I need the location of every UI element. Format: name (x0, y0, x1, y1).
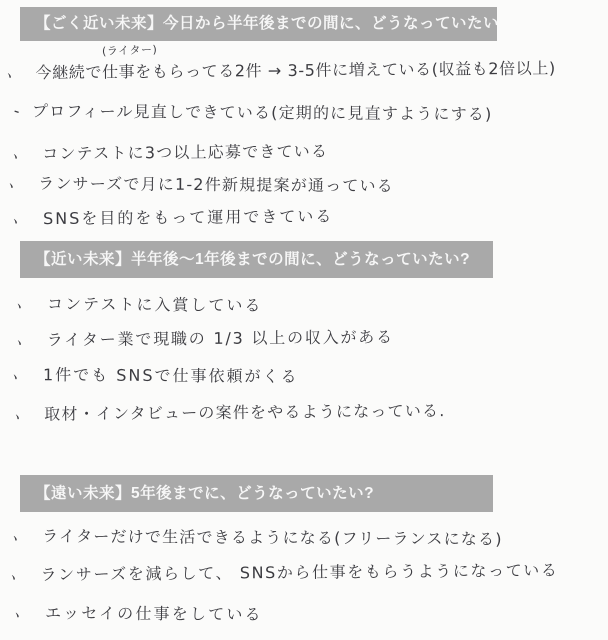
handwritten-annotation-writer: (ライター) (102, 41, 158, 59)
handwritten-text: 取材・インタビューの案件をやるようになっている. (44, 401, 445, 424)
bullet-tick: 、 (11, 360, 35, 388)
handwritten-item: 、取材・インタビューの案件をやるようになっている. (16, 398, 446, 425)
section-header-near-future: 【近い未来】半年後〜1年後までの間に、どうなっていたい? (20, 241, 493, 278)
bullet-tick: 、 (11, 139, 34, 166)
bullet-tick: 、 (9, 560, 33, 587)
handwritten-text: コンテストに入賞している (47, 294, 263, 315)
handwritten-text: ライター業で現職の 1/3 以上の収入がある (47, 327, 394, 349)
handwritten-item: 、コンテストに入賞している (18, 291, 263, 316)
section-header-very-near-future: 【ごく近い未来】今日から半年後までの間に、どうなっていたい? (20, 7, 497, 41)
handwritten-item: 、1件でも SNSで仕事依頼がくる (14, 362, 299, 387)
handwritten-item: 、SNSを目的をもって運用できている (14, 204, 334, 230)
bullet-tick: 、 (15, 325, 39, 352)
handwritten-text: ライターだけで生活できるようになる(フリーランスになる) (42, 526, 503, 548)
handwritten-text: コンテストに3つ以上応募できている (42, 142, 328, 163)
handwritten-item: 、コンテストに3つ以上応募できている (14, 139, 328, 165)
bullet-tick: 、 (7, 169, 31, 196)
handwritten-item: 、ライター業で現職の 1/3 以上の収入がある (18, 324, 394, 350)
section-header-far-future: 【遠い未来】5年後までに、どうなっていたい? (20, 475, 493, 512)
handwritten-text: プロフィール見直しできている(定期的に見直すようにする) (32, 101, 493, 123)
bullet-tick: 、 (11, 204, 35, 231)
handwritten-text: ランサーズを減らして、 SNSから仕事をもらうようになっている (41, 561, 559, 585)
handwritten-item: 、ランサーズを減らして、 SNSから仕事をもらうようになっている (12, 558, 559, 586)
handwritten-text: SNSを目的をもって運用できている (43, 207, 333, 229)
handwritten-text: エッセイの仕事をしている (45, 603, 263, 624)
handwritten-item: 、ランサーズで月に1-2件新規提案が通っている (10, 171, 394, 197)
handwritten-text: 1件でも SNSで仕事依頼がくる (43, 365, 299, 386)
handwritten-item: 、エッセイの仕事をしている (16, 600, 263, 625)
handwritten-notes-page: 【ごく近い未来】今日から半年後までの間に、どうなっていたい? (ライター) 、今… (0, 0, 608, 640)
handwritten-item: 、ライターだけで生活できるようになる(フリーランスになる) (14, 523, 503, 549)
bullet-dash: - (11, 101, 24, 121)
handwritten-item: 、今継続で仕事をもらってる2件 → 3-5件に増えている(収益も2倍以上) (8, 56, 556, 84)
bullet-tick: 、 (13, 400, 36, 427)
bullet-tick: 、 (5, 58, 28, 85)
handwritten-text: 今継続で仕事をもらってる2件 → 3-5件に増えている(収益も2倍以上) (36, 59, 556, 83)
handwritten-text: ランサーズで月に1-2件新規提案が通っている (38, 174, 394, 195)
bullet-tick: 、 (15, 289, 39, 317)
bullet-tick: 、 (13, 598, 38, 626)
bullet-tick: 、 (11, 521, 35, 548)
handwritten-item: -プロフィール見直しできている(定期的に見直すようにする) (14, 98, 493, 124)
